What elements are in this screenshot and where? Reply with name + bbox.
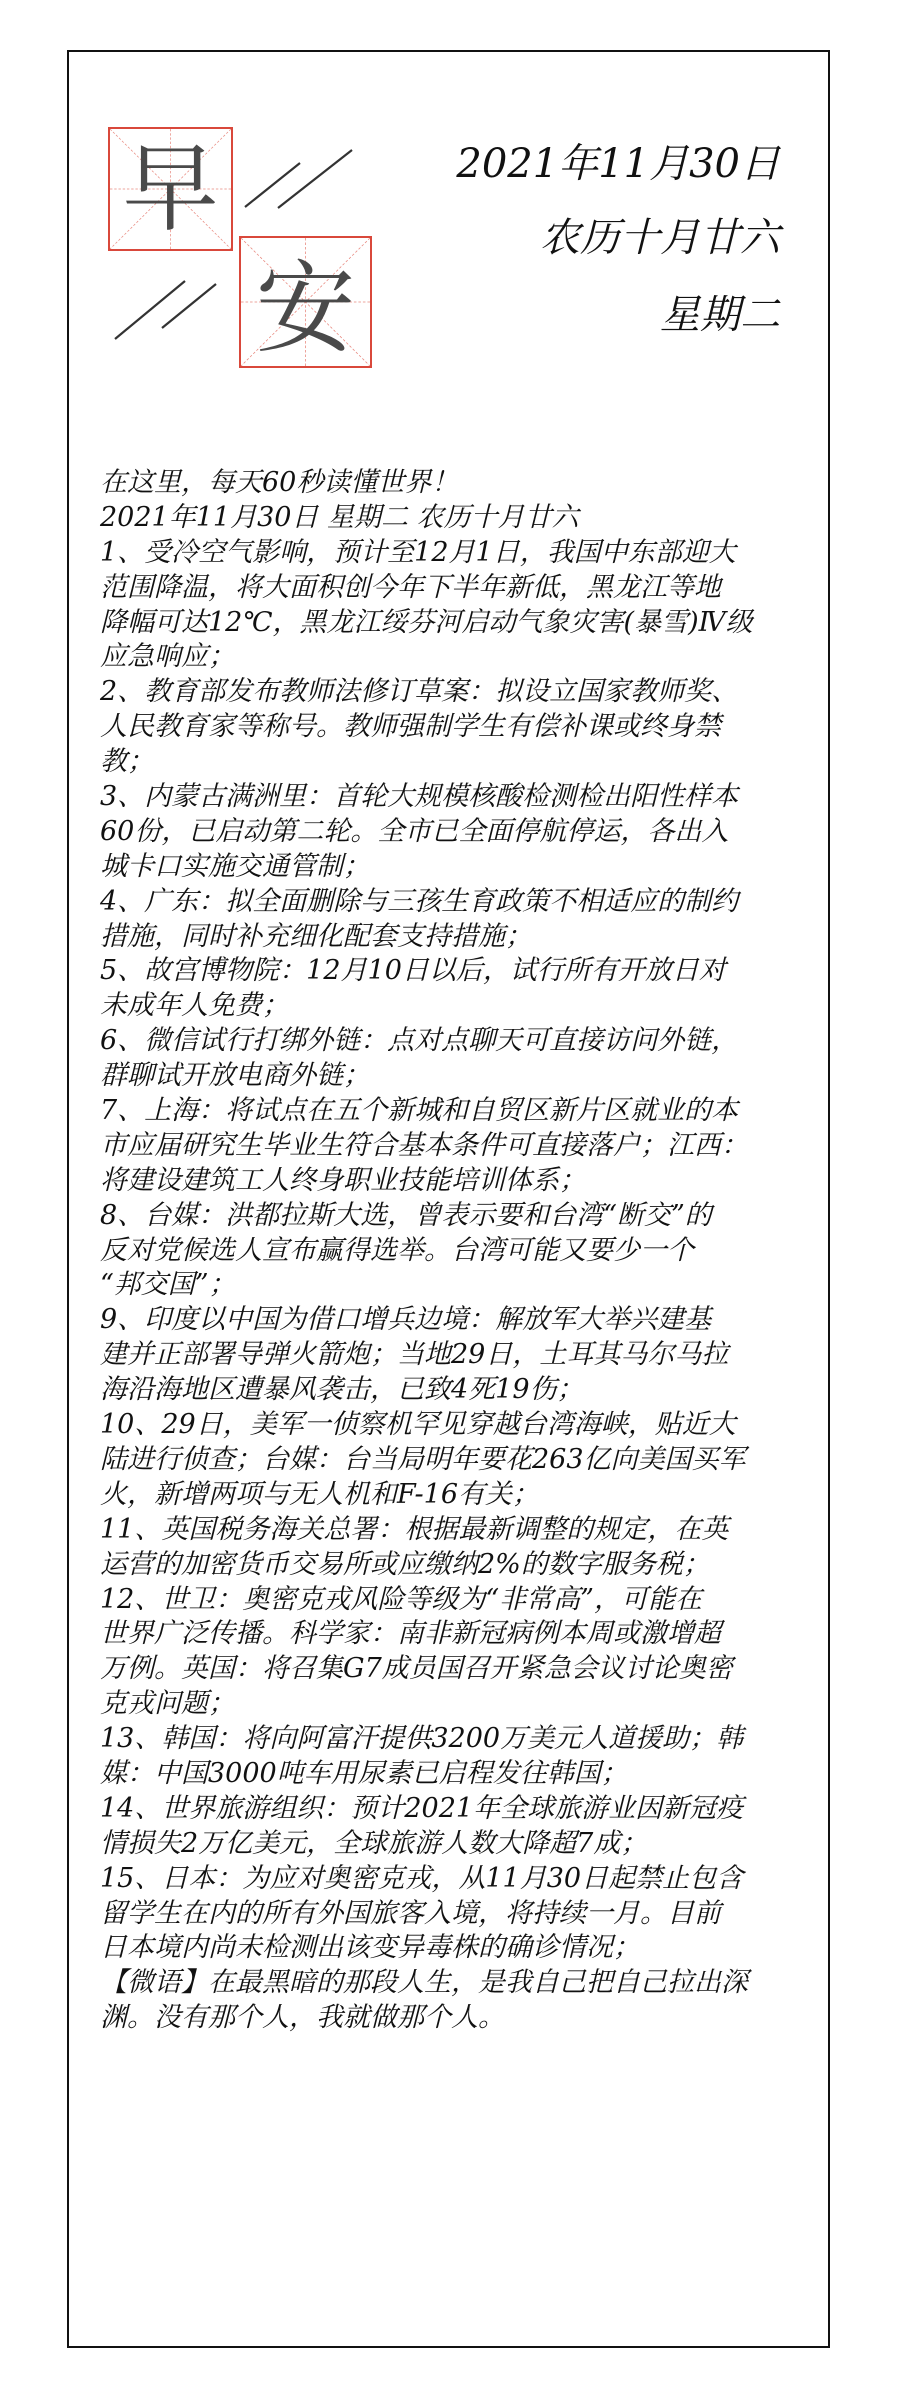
news-line: 10、29日，美军一侦察机罕见穿越台湾海峡，贴近大 bbox=[100, 1408, 800, 1443]
news-line: 克戎问题； bbox=[100, 1687, 800, 1722]
news-line: 7、上海：将试点在五个新城和自贸区新片区就业的本 bbox=[100, 1094, 800, 1129]
greeting-box-zao: 早 bbox=[108, 127, 233, 251]
news-line: 范围降温，将大面积创今年下半年新低，黑龙江等地 bbox=[100, 571, 800, 606]
greeting-box-an: 安 bbox=[239, 236, 372, 368]
weekday-line: 星期二 bbox=[660, 295, 780, 335]
double-slash-icon bbox=[110, 265, 240, 345]
news-line: 海沿海地区遭暴风袭击，已致4死19伤； bbox=[100, 1373, 800, 1408]
news-line: 未成年人免费； bbox=[100, 989, 800, 1024]
news-line: 2021年11月30日 星期二 农历十月廿六 bbox=[100, 501, 800, 536]
news-line: 世界广泛传播。科学家：南非新冠病例本周或激增超 bbox=[100, 1617, 800, 1652]
news-line: 15、日本：为应对奥密克戎，从11月30日起禁止包含 bbox=[100, 1862, 800, 1897]
news-line: 媒：中国3000吨车用尿素已启程发往韩国； bbox=[100, 1757, 800, 1792]
news-line: 14、世界旅游组织：预计2021年全球旅游业因新冠疫 bbox=[100, 1792, 800, 1827]
news-line: 1、受冷空气影响，预计至12月1日，我国中东部迎大 bbox=[100, 536, 800, 571]
news-line: 5、故宫博物院：12月10日以后，试行所有开放日对 bbox=[100, 954, 800, 989]
news-line: 城卡口实施交通管制； bbox=[100, 850, 800, 885]
greeting-char-zao: 早 bbox=[110, 129, 231, 249]
news-line: 人民教育家等称号。教师强制学生有偿补课或终身禁 bbox=[100, 710, 800, 745]
news-line: 将建设建筑工人终身职业技能培训体系； bbox=[100, 1164, 800, 1199]
news-line: 留学生在内的所有外国旅客入境，将持续一月。目前 bbox=[100, 1897, 800, 1932]
news-line: 2、教育部发布教师法修订草案：拟设立国家教师奖、 bbox=[100, 675, 800, 710]
news-line: 万例。英国：将召集G7成员国召开紧急会议讨论奥密 bbox=[100, 1652, 800, 1687]
news-line: 9、印度以中国为借口增兵边境：解放军大举兴建基 bbox=[100, 1303, 800, 1338]
news-line: 群聊试开放电商外链； bbox=[100, 1059, 800, 1094]
news-line: 6、微信试行打绑外链：点对点聊天可直接访问外链， bbox=[100, 1024, 800, 1059]
news-line: 情损失2万亿美元，全球旅游人数大降超7成； bbox=[100, 1827, 800, 1862]
news-line: 运营的加密货币交易所或应缴纳2%的数字服务税； bbox=[100, 1548, 800, 1583]
news-line: 火，新增两项与无人机和F-16有关； bbox=[100, 1478, 800, 1513]
news-line: 教； bbox=[100, 745, 800, 780]
date-line: 2021年11月30日 bbox=[456, 144, 780, 184]
news-line: 反对党候选人宣布赢得选举。台湾可能又要少一个 bbox=[100, 1234, 800, 1269]
news-line: 12、世卫：奥密克戎风险等级为“非常高”，可能在 bbox=[100, 1583, 800, 1618]
news-line: 【微语】在最黑暗的那段人生，是我自己把自己拉出深 bbox=[100, 1966, 800, 2001]
news-line: 措施，同时补充细化配套支持措施； bbox=[100, 920, 800, 955]
greeting-char-an: 安 bbox=[241, 238, 370, 366]
news-line: 13、韩国：将向阿富汗提供3200万美元人道援助；韩 bbox=[100, 1722, 800, 1757]
news-line: 应急响应； bbox=[100, 640, 800, 675]
news-line: 建并正部署导弹火箭炮；当地29日，土耳其马尔马拉 bbox=[100, 1338, 800, 1373]
news-line: 8、台媒：洪都拉斯大选，曾表示要和台湾“断交”的 bbox=[100, 1199, 800, 1234]
news-line: 渊。没有那个人，我就做那个人。 bbox=[100, 2001, 800, 2036]
news-line: “邦交国”； bbox=[100, 1268, 800, 1303]
news-line: 日本境内尚未检测出该变异毒株的确诊情况； bbox=[100, 1931, 800, 1966]
double-slash-icon bbox=[240, 145, 380, 215]
lunar-date-line: 农历十月廿六 bbox=[540, 218, 780, 258]
news-line: 3、内蒙古满洲里：首轮大规模核酸检测检出阳性样本 bbox=[100, 780, 800, 815]
news-body: 在这里，每天60秒读懂世界！2021年11月30日 星期二 农历十月廿六1、受冷… bbox=[100, 466, 800, 2036]
news-line: 11、英国税务海关总署：根据最新调整的规定，在英 bbox=[100, 1513, 800, 1548]
news-line: 4、广东：拟全面删除与三孩生育政策不相适应的制约 bbox=[100, 885, 800, 920]
news-line: 陆进行侦查；台媒：台当局明年要花263亿向美国买军 bbox=[100, 1443, 800, 1478]
news-line: 降幅可达12℃，黑龙江绥芬河启动气象灾害(暴雪)Ⅳ级 bbox=[100, 606, 800, 641]
news-line: 市应届研究生毕业生符合基本条件可直接落户；江西： bbox=[100, 1129, 800, 1164]
news-line: 60份，已启动第二轮。全市已全面停航停运，各出入 bbox=[100, 815, 800, 850]
news-line: 在这里，每天60秒读懂世界！ bbox=[100, 466, 800, 501]
